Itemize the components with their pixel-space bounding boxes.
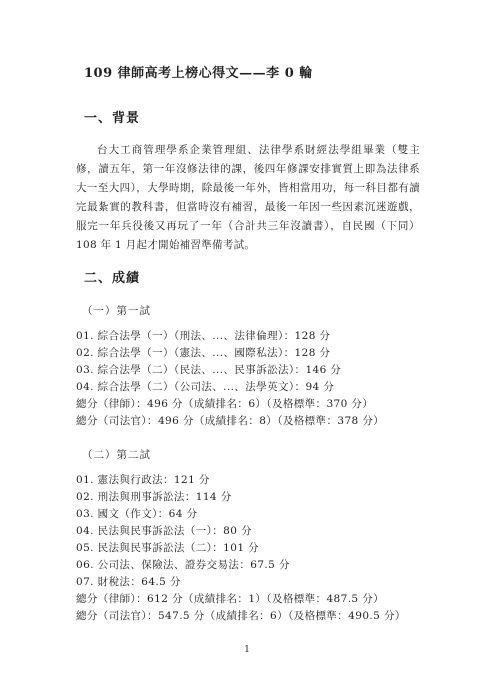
score-line: 02. 刑法與刑事訴訟法：114 分 bbox=[76, 489, 430, 506]
second-test-score-list: 01. 憲法與行政法：121 分 02. 刑法與刑事訴訟法：114 分 03. … bbox=[76, 472, 430, 625]
score-line: 03. 綜合法學（二）（民法、...、民事訴訟法）：146 分 bbox=[76, 362, 430, 379]
score-line: 07. 財稅法：64.5 分 bbox=[76, 574, 430, 591]
subsection-second-test: （二）第二試 bbox=[82, 447, 420, 462]
section-heading-scores: 二、成績 bbox=[84, 267, 420, 286]
score-line: 01. 綜合法學（一）（刑法、...、法律倫理）：128 分 bbox=[76, 328, 430, 345]
score-line: 02. 綜合法學（一）（憲法、...、國際私法）：128 分 bbox=[76, 345, 430, 362]
document-page: 109 律師高考上榜心得文——李 0 輪 一、背景 台大工商管理學系企業管理組、… bbox=[0, 0, 494, 700]
document-title: 109 律師高考上榜心得文——李 0 輪 bbox=[84, 62, 420, 81]
score-line: 01. 憲法與行政法：121 分 bbox=[76, 472, 430, 489]
total-score-line: 總分（司法官）：547.5 分（成績排名：6）（及格標準：490.5 分） bbox=[76, 608, 430, 625]
total-score-line: 總分（司法官）：496 分（成績排名：8）（及格標準：378 分） bbox=[76, 413, 430, 430]
first-test-score-list: 01. 綜合法學（一）（刑法、...、法律倫理）：128 分 02. 綜合法學（… bbox=[76, 328, 430, 430]
subsection-first-test: （一）第一試 bbox=[82, 303, 420, 318]
page-number: 1 bbox=[0, 644, 494, 655]
score-line: 03. 國文（作文）：64 分 bbox=[76, 506, 430, 523]
score-line: 04. 綜合法學（二）（公司法、...、法學英文）：94 分 bbox=[76, 379, 430, 396]
score-line: 06. 公司法、保險法、證券交易法：67.5 分 bbox=[76, 557, 430, 574]
total-score-line: 總分（律師）：612 分（成績排名：1）（及格標準：487.5 分） bbox=[76, 591, 430, 608]
score-line: 05. 民法與民事訴訟法（二）：101 分 bbox=[76, 540, 430, 557]
score-line: 04. 民法與民事訴訟法（一）：80 分 bbox=[76, 523, 430, 540]
total-score-line: 總分（律師）：496 分（成績排名：6）（及格標準：370 分） bbox=[76, 396, 430, 413]
background-paragraph: 台大工商管理學系企業管理組、法律學系財經法學組畢業（雙主修，讀五年，第一年沒修法… bbox=[76, 141, 420, 255]
section-heading-background: 一、背景 bbox=[84, 107, 420, 126]
